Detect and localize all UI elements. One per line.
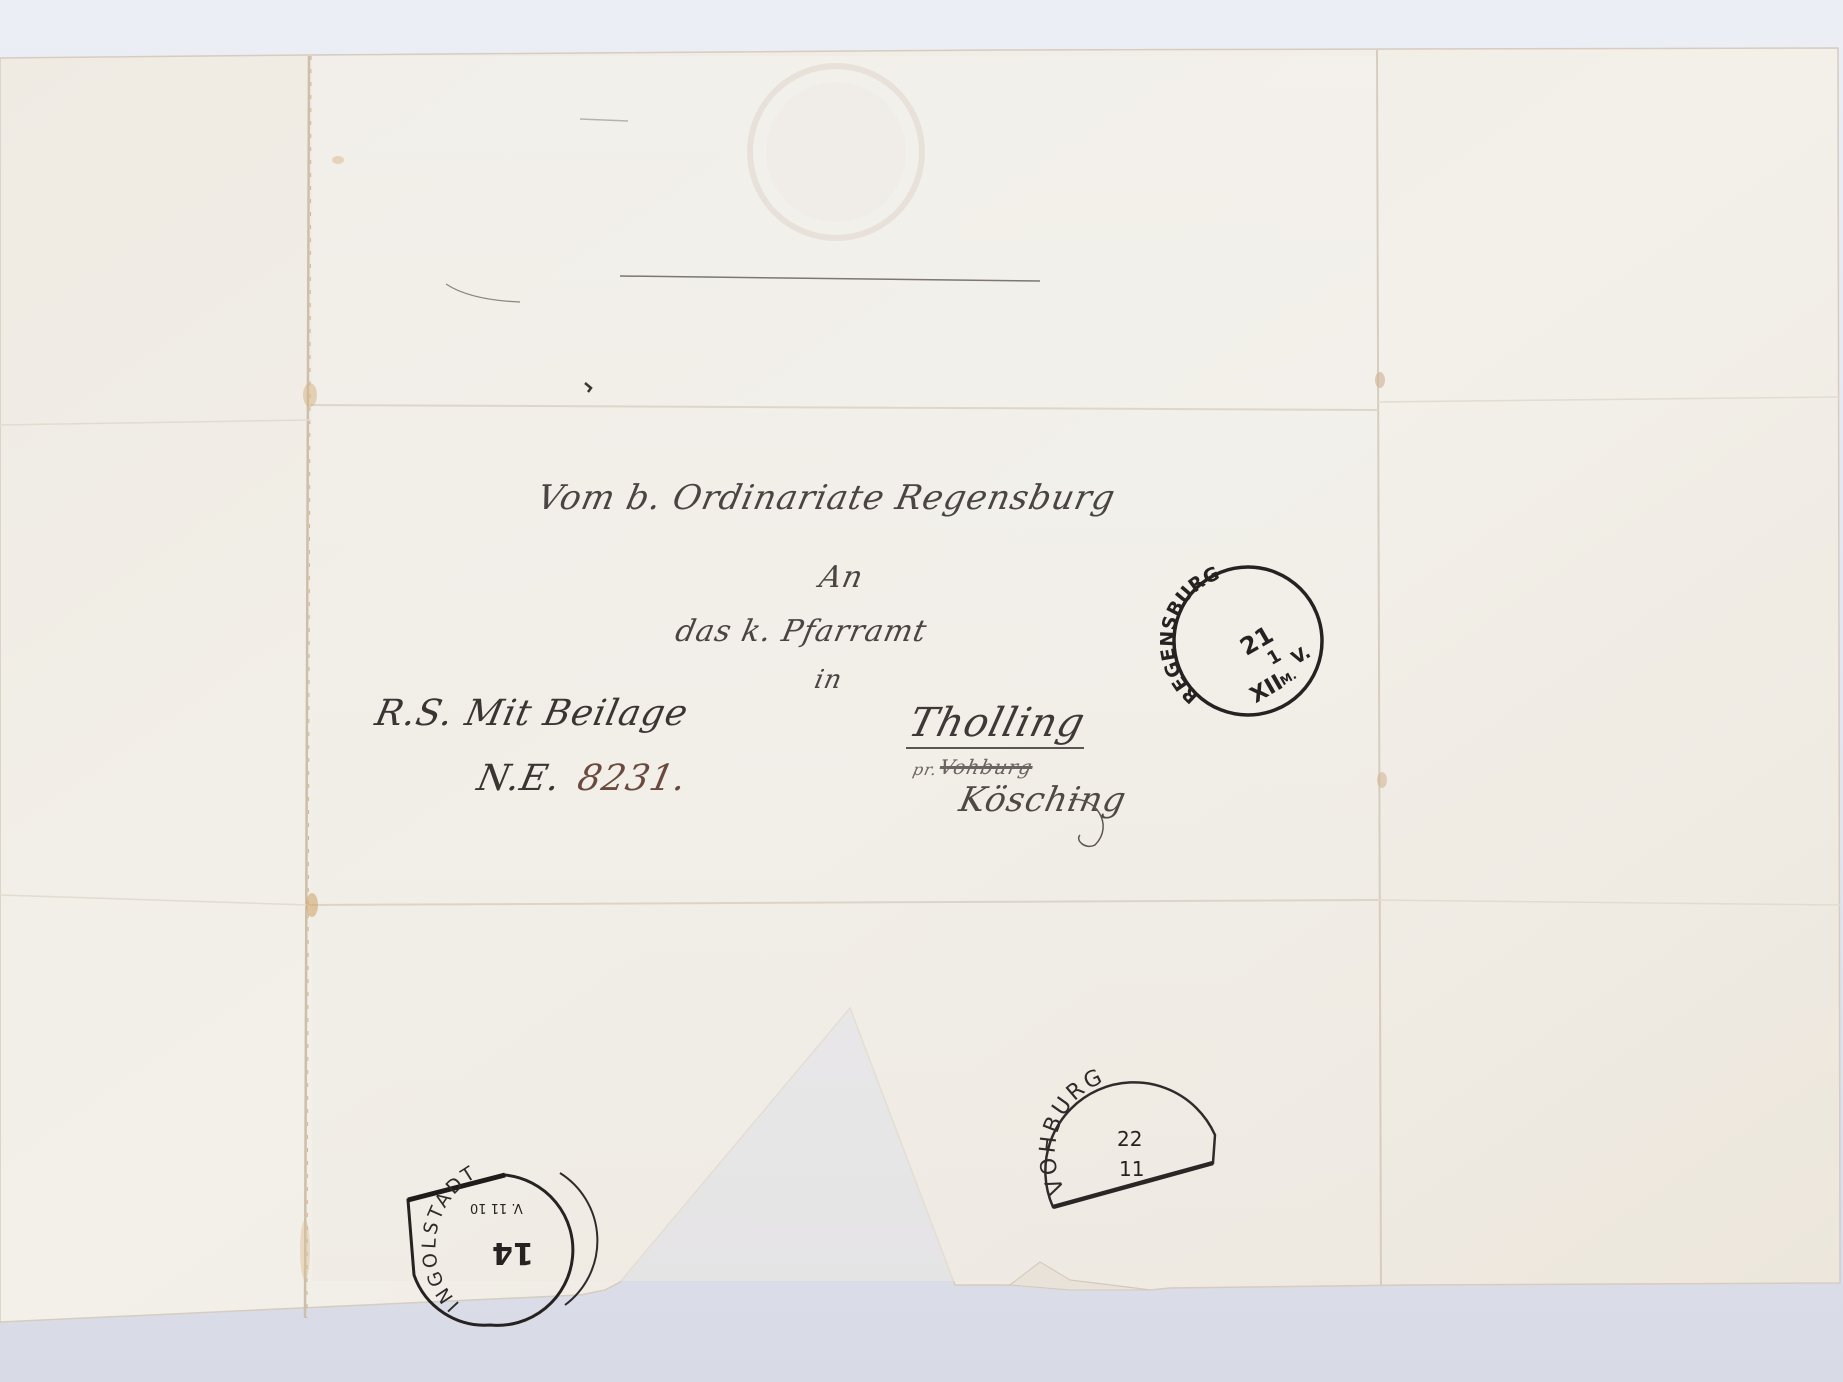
postmark-town: INGOLSTADT	[418, 1165, 481, 1316]
postmark-day: 14	[492, 1235, 534, 1270]
foxing-spot	[306, 893, 318, 917]
note-with-enclosure: R.S. Mit Beilage	[372, 693, 692, 734]
reference-number: N.E.8231.	[474, 758, 691, 799]
postmark-day: 22	[1117, 1127, 1142, 1151]
via-label: pr.	[911, 760, 939, 779]
destination-place: Tholling	[904, 700, 1090, 746]
svg-text:INGOLSTADT: INGOLSTADT	[418, 1165, 481, 1316]
recipient: das k. Pfarramt	[672, 614, 930, 649]
postmark-town: REGENSBURG	[1160, 562, 1223, 707]
svg-text:REGENSBURG: REGENSBURG	[1160, 562, 1223, 707]
sender-line: Vom b. Ordinariate Regensburg	[534, 478, 1119, 518]
postmark-vohburg: VOHBURG 22 11	[1035, 1045, 1230, 1215]
postmark-ingolstadt: INGOLSTADT 14 V. 11 10	[400, 1165, 610, 1330]
reference-prefix: N.E.	[474, 758, 565, 799]
postmark-regensburg: REGENSBURG 21 1 XII V. M.	[1160, 555, 1340, 725]
salutation: An	[816, 560, 866, 595]
foxing-spot	[303, 383, 317, 407]
via-struck-out: Vohburg	[937, 755, 1035, 779]
flourish	[1065, 795, 1125, 855]
photo-scene: Vom b. Ordinariate Regensburg An das k. …	[0, 0, 1843, 1382]
reference-value: 8231.	[574, 758, 691, 799]
place-underline	[906, 747, 1084, 749]
letter-paper	[0, 0, 1843, 1382]
postmark-time: V. 11 10	[470, 1200, 523, 1215]
postmark-month: 11	[1119, 1157, 1144, 1181]
